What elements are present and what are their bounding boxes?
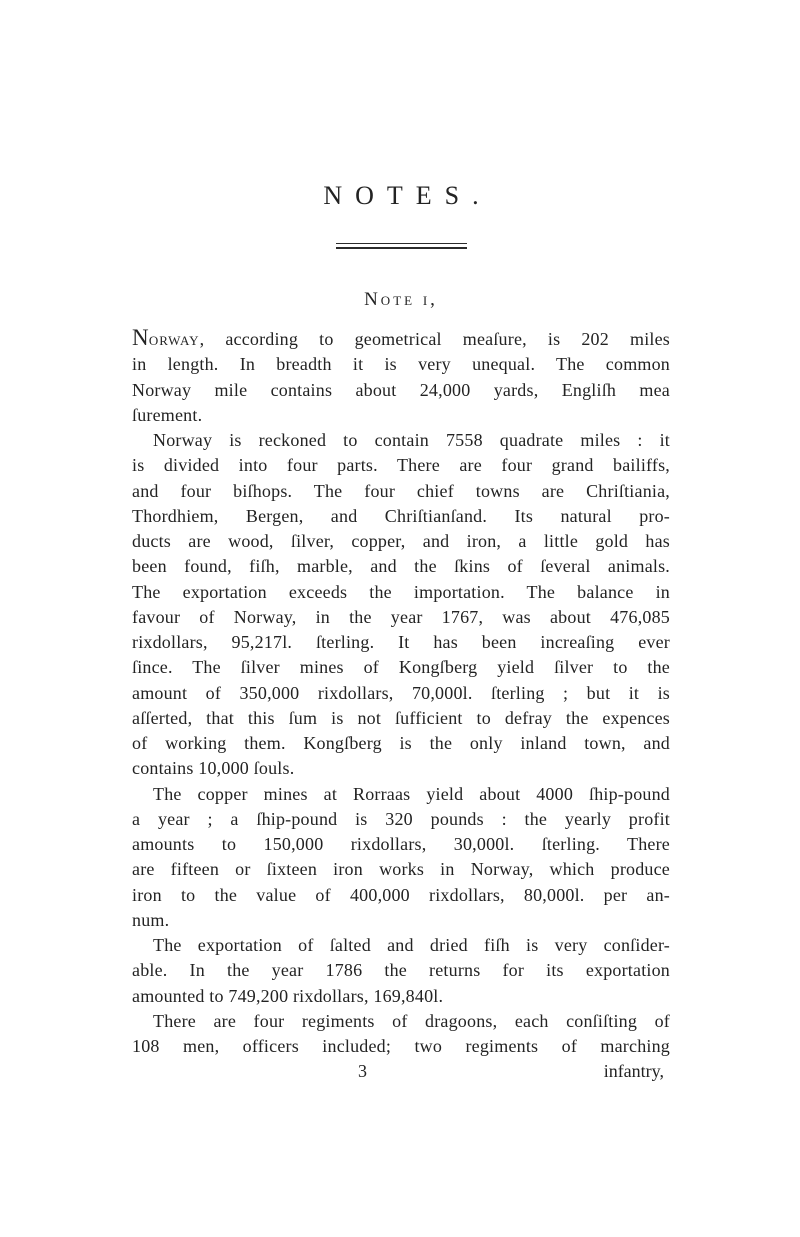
text-line: amounts to 150,000 rixdollars, 30,000l. … <box>132 832 670 857</box>
text-line: Norway mile contains about 24,000 yards,… <box>132 378 670 403</box>
section-divider-rule <box>336 243 467 249</box>
text-line: of working them. Kongſberg is the only i… <box>132 731 670 756</box>
lead-capital: N <box>132 325 149 350</box>
note-heading: Note i, <box>132 289 670 311</box>
text-line: Norway is reckoned to contain 7558 quadr… <box>132 428 670 453</box>
text-line: contains 10,000 ſouls. <box>132 756 670 781</box>
text-line: num. <box>132 908 670 933</box>
text-line: a year ; a ſhip-pound is 320 pounds : th… <box>132 807 670 832</box>
lead-smallcaps-word: orway <box>149 329 200 349</box>
text-line: and four biſhops. The four chief towns a… <box>132 479 670 504</box>
text-line: iron to the value of 400,000 rixdollars,… <box>132 883 670 908</box>
line-text: , according to geometrical meaſure, is 2… <box>200 329 670 349</box>
text-line: rixdollars, 95,217l. ſterling. It has be… <box>132 630 670 655</box>
text-line: aſſerted, that this ſum is not ſufficien… <box>132 706 670 731</box>
text-line: ducts are wood, ſilver, copper, and iron… <box>132 529 670 554</box>
text-line: 108 men, officers included; two regiment… <box>132 1034 670 1059</box>
text-block: NOTES. Note i, Norway, according to geom… <box>132 181 670 1085</box>
text-line: ſince. The ſilver mines of Kongſberg yie… <box>132 655 670 680</box>
text-line: The copper mines at Rorraas yield about … <box>132 782 670 807</box>
text-line: able. In the year 1786 the returns for i… <box>132 958 670 983</box>
text-line: favour of Norway, in the year 1767, was … <box>132 605 670 630</box>
catchword: infantry, <box>604 1059 664 1084</box>
text-line: The exportation of ſalted and dried fiſh… <box>132 933 670 958</box>
page-title: NOTES. <box>132 181 670 211</box>
text-line: been found, fiſh, marble, and the ſkins … <box>132 554 670 579</box>
signature-mark: 3 <box>358 1059 367 1084</box>
text-line: are fifteen or ſixteen iron works in Nor… <box>132 857 670 882</box>
text-line: in length. In breadth it is very unequal… <box>132 352 670 377</box>
text-line: is divided into four parts. There are fo… <box>132 453 670 478</box>
text-line: amount of 350,000 rixdollars, 70,000l. ſ… <box>132 681 670 706</box>
book-page: NOTES. Note i, Norway, according to geom… <box>0 0 800 1237</box>
text-line: There are four regiments of dragoons, ea… <box>132 1009 670 1034</box>
text-line: ſurement. <box>132 403 670 428</box>
page-footer: 3 infantry, <box>132 1059 670 1085</box>
body-text: Norway, according to geometrical meaſure… <box>132 326 670 1059</box>
text-line: amounted to 749,200 rixdollars, 169,840l… <box>132 984 670 1009</box>
text-line: Thordhiem, Bergen, and Chriſtianſand. It… <box>132 504 670 529</box>
text-line: The exportation exceeds the importation.… <box>132 580 670 605</box>
text-line: Norway, according to geometrical meaſure… <box>132 326 670 352</box>
